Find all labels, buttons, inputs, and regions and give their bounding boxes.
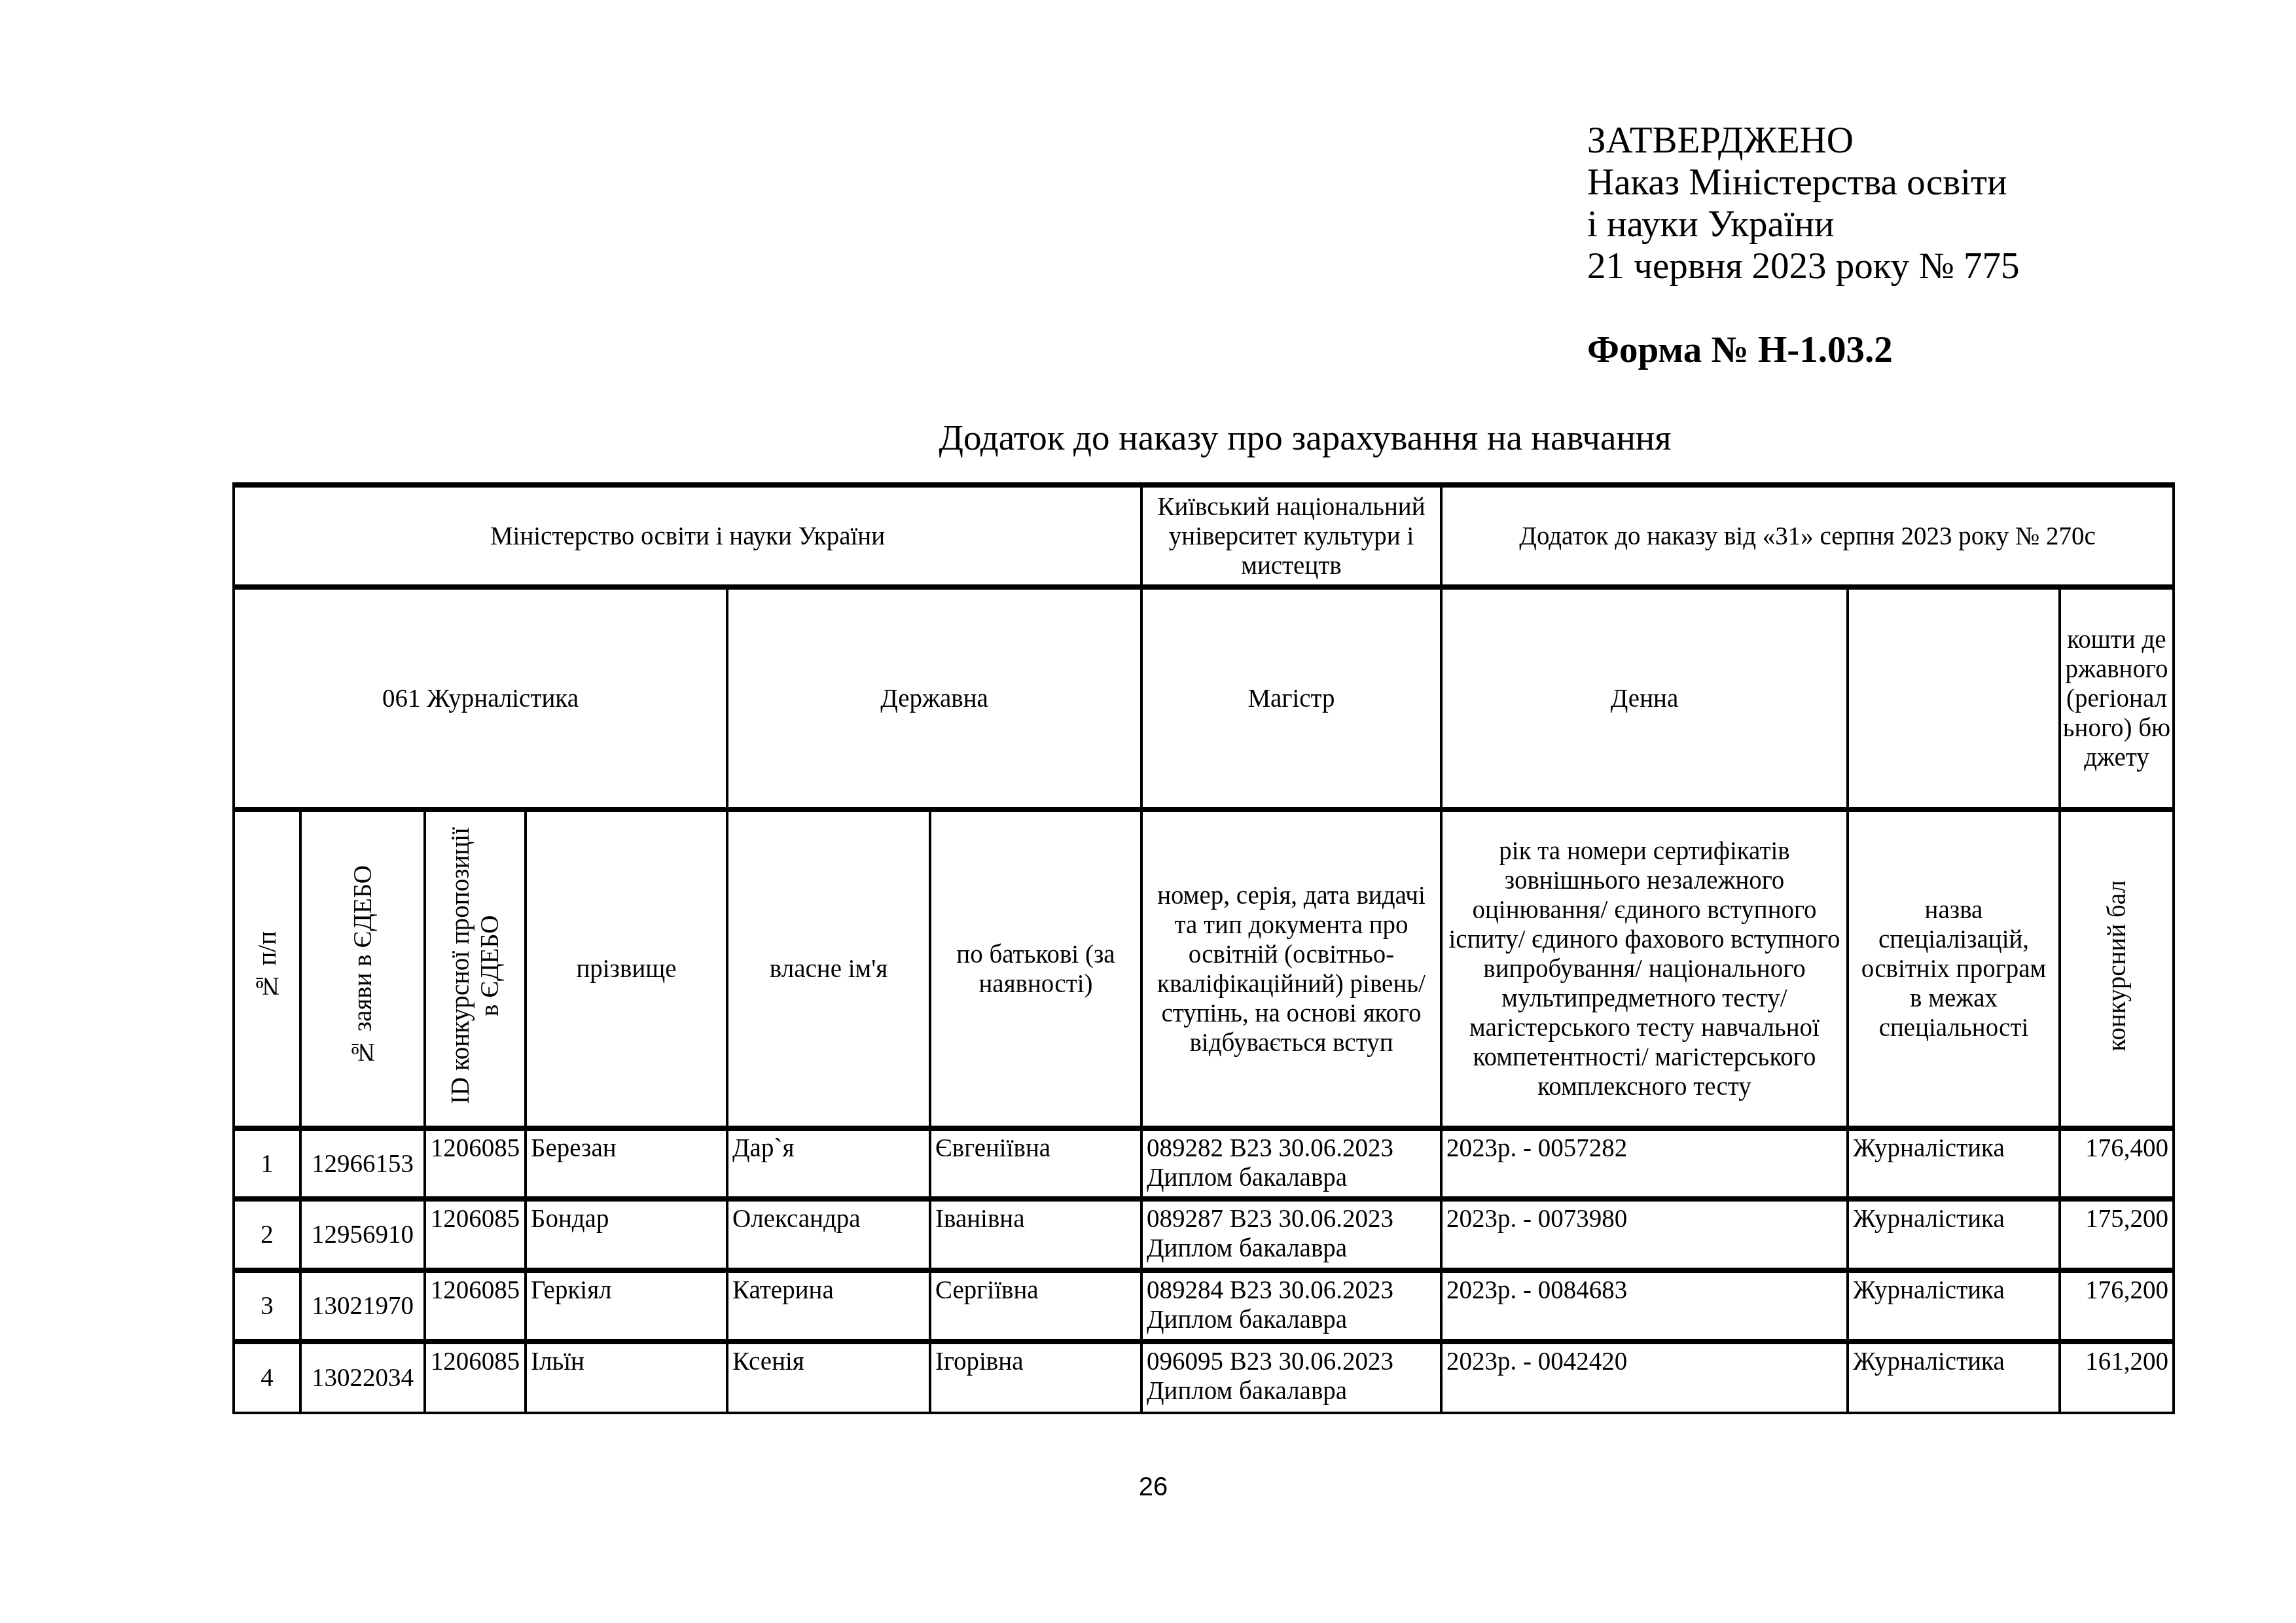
- empty-cell: [1848, 587, 2060, 810]
- program-name-cell: Журналістика: [1848, 1128, 2060, 1199]
- col-header-offer-id: ID конкурсної пропозиції в ЄДЕБО: [425, 810, 526, 1128]
- university-cell: Київський національний університет культ…: [1141, 485, 1441, 587]
- col-header-document: номер, серія, дата видачі та тип докумен…: [1141, 810, 1441, 1128]
- program-name-cell: Журналістика: [1848, 1342, 2060, 1413]
- row-number-cell: 3: [234, 1270, 300, 1342]
- col-header-application: № заяви в ЄДЕБО: [300, 810, 425, 1128]
- col-header-program: назва спеціалізацій, освітніх програм в …: [1848, 810, 2060, 1128]
- ministry-cell: Міністерство освіти і науки України: [234, 485, 1141, 587]
- funding-cell: Державна: [727, 587, 1141, 810]
- degree-cell: Магістр: [1141, 587, 1441, 810]
- education-document-cell: 089287 В23 30.06.2023 Диплом бакалавра: [1141, 1199, 1441, 1270]
- patronymic-cell: Сергіївна: [930, 1270, 1141, 1342]
- application-number-cell: 12956910: [300, 1199, 425, 1270]
- col-header-num: № п/п: [234, 810, 300, 1128]
- table-row: 4130220341206085ІльїнКсеніяІгорівна09609…: [234, 1342, 2174, 1413]
- approval-status: ЗАТВЕРДЖЕНО: [1587, 120, 2020, 162]
- program-name-cell: Журналістика: [1848, 1199, 2060, 1270]
- approval-order-date: 21 червня 2023 року № 775: [1587, 245, 2020, 287]
- certificates-cell: 2023р. - 0057282: [1441, 1128, 1848, 1199]
- patronymic-cell: Євгеніївна: [930, 1128, 1141, 1199]
- education-document-cell: 089284 В23 30.06.2023 Диплом бакалавра: [1141, 1270, 1441, 1342]
- table-row: 1129661531206085БерезанДар`яЄвгеніївна08…: [234, 1128, 2174, 1199]
- table-row: 2129569101206085БондарОлександраІванівна…: [234, 1199, 2174, 1270]
- row-number-cell: 2: [234, 1199, 300, 1270]
- col-header-certificates: рік та номери сертифікатів зовнішнього н…: [1441, 810, 1848, 1128]
- certificates-cell: 2023р. - 0073980: [1441, 1199, 1848, 1270]
- col-header-name: власне ім'я: [727, 810, 930, 1128]
- budget-cell: кошти державного (регіонального) бюджету: [2060, 587, 2174, 810]
- column-header-row: № п/п № заяви в ЄДЕБО ID конкурсної проп…: [234, 810, 2174, 1128]
- first-name-cell: Дар`я: [727, 1128, 930, 1199]
- offer-id-cell: 1206085: [425, 1270, 526, 1342]
- form-number: Форма № Н-1.03.2: [1587, 329, 1893, 371]
- application-number-cell: 13022034: [300, 1342, 425, 1413]
- surname-cell: Ільїн: [526, 1342, 727, 1413]
- order-cell: Додаток до наказу від «31» серпня 2023 р…: [1441, 485, 2174, 587]
- certificates-cell: 2023р. - 0084683: [1441, 1270, 1848, 1342]
- specialty-cell: 061 Журналістика: [234, 587, 727, 810]
- education-document-cell: 089282 В23 30.06.2023 Диплом бакалавра: [1141, 1128, 1441, 1199]
- patronymic-cell: Ігорівна: [930, 1342, 1141, 1413]
- document-subtitle: Додаток до наказу про зарахування на нав…: [0, 417, 2296, 458]
- surname-cell: Бондар: [526, 1199, 727, 1270]
- col-header-surname: прізвище: [526, 810, 727, 1128]
- approval-order-line2: і науки України: [1587, 204, 2020, 245]
- row-number-cell: 4: [234, 1342, 300, 1413]
- competitive-score-cell: 176,400: [2060, 1128, 2174, 1199]
- application-number-cell: 13021970: [300, 1270, 425, 1342]
- program-name-cell: Журналістика: [1848, 1270, 2060, 1342]
- row-number-cell: 1: [234, 1128, 300, 1199]
- competitive-score-cell: 175,200: [2060, 1199, 2174, 1270]
- offer-id-cell: 1206085: [425, 1342, 526, 1413]
- page-number: 26: [0, 1472, 2296, 1502]
- offer-id-cell: 1206085: [425, 1199, 526, 1270]
- competitive-score-cell: 176,200: [2060, 1270, 2174, 1342]
- header-row-institution: Міністерство освіти і науки України Київ…: [234, 485, 2174, 587]
- col-header-patronymic: по батькові (за наявності): [930, 810, 1141, 1128]
- competitive-score-cell: 161,200: [2060, 1342, 2174, 1413]
- surname-cell: Березан: [526, 1128, 727, 1199]
- patronymic-cell: Іванівна: [930, 1199, 1141, 1270]
- first-name-cell: Ксенія: [727, 1342, 930, 1413]
- study-form-cell: Денна: [1441, 587, 1848, 810]
- table-row: 3130219701206085ГеркіялКатеринаСергіївна…: [234, 1270, 2174, 1342]
- col-header-score: конкурсний бал: [2060, 810, 2174, 1128]
- enrollment-table: Міністерство освіти і науки України Київ…: [232, 482, 2175, 1414]
- application-number-cell: 12966153: [300, 1128, 425, 1199]
- first-name-cell: Олександра: [727, 1199, 930, 1270]
- surname-cell: Геркіял: [526, 1270, 727, 1342]
- header-row-program: 061 Журналістика Державна Магістр Денна …: [234, 587, 2174, 810]
- first-name-cell: Катерина: [727, 1270, 930, 1342]
- certificates-cell: 2023р. - 0042420: [1441, 1342, 1848, 1413]
- education-document-cell: 096095 В23 30.06.2023 Диплом бакалавра: [1141, 1342, 1441, 1413]
- offer-id-cell: 1206085: [425, 1128, 526, 1199]
- approval-order-line1: Наказ Міністерства освіти: [1587, 162, 2020, 204]
- approval-block: ЗАТВЕРДЖЕНО Наказ Міністерства освіти і …: [1587, 120, 2020, 287]
